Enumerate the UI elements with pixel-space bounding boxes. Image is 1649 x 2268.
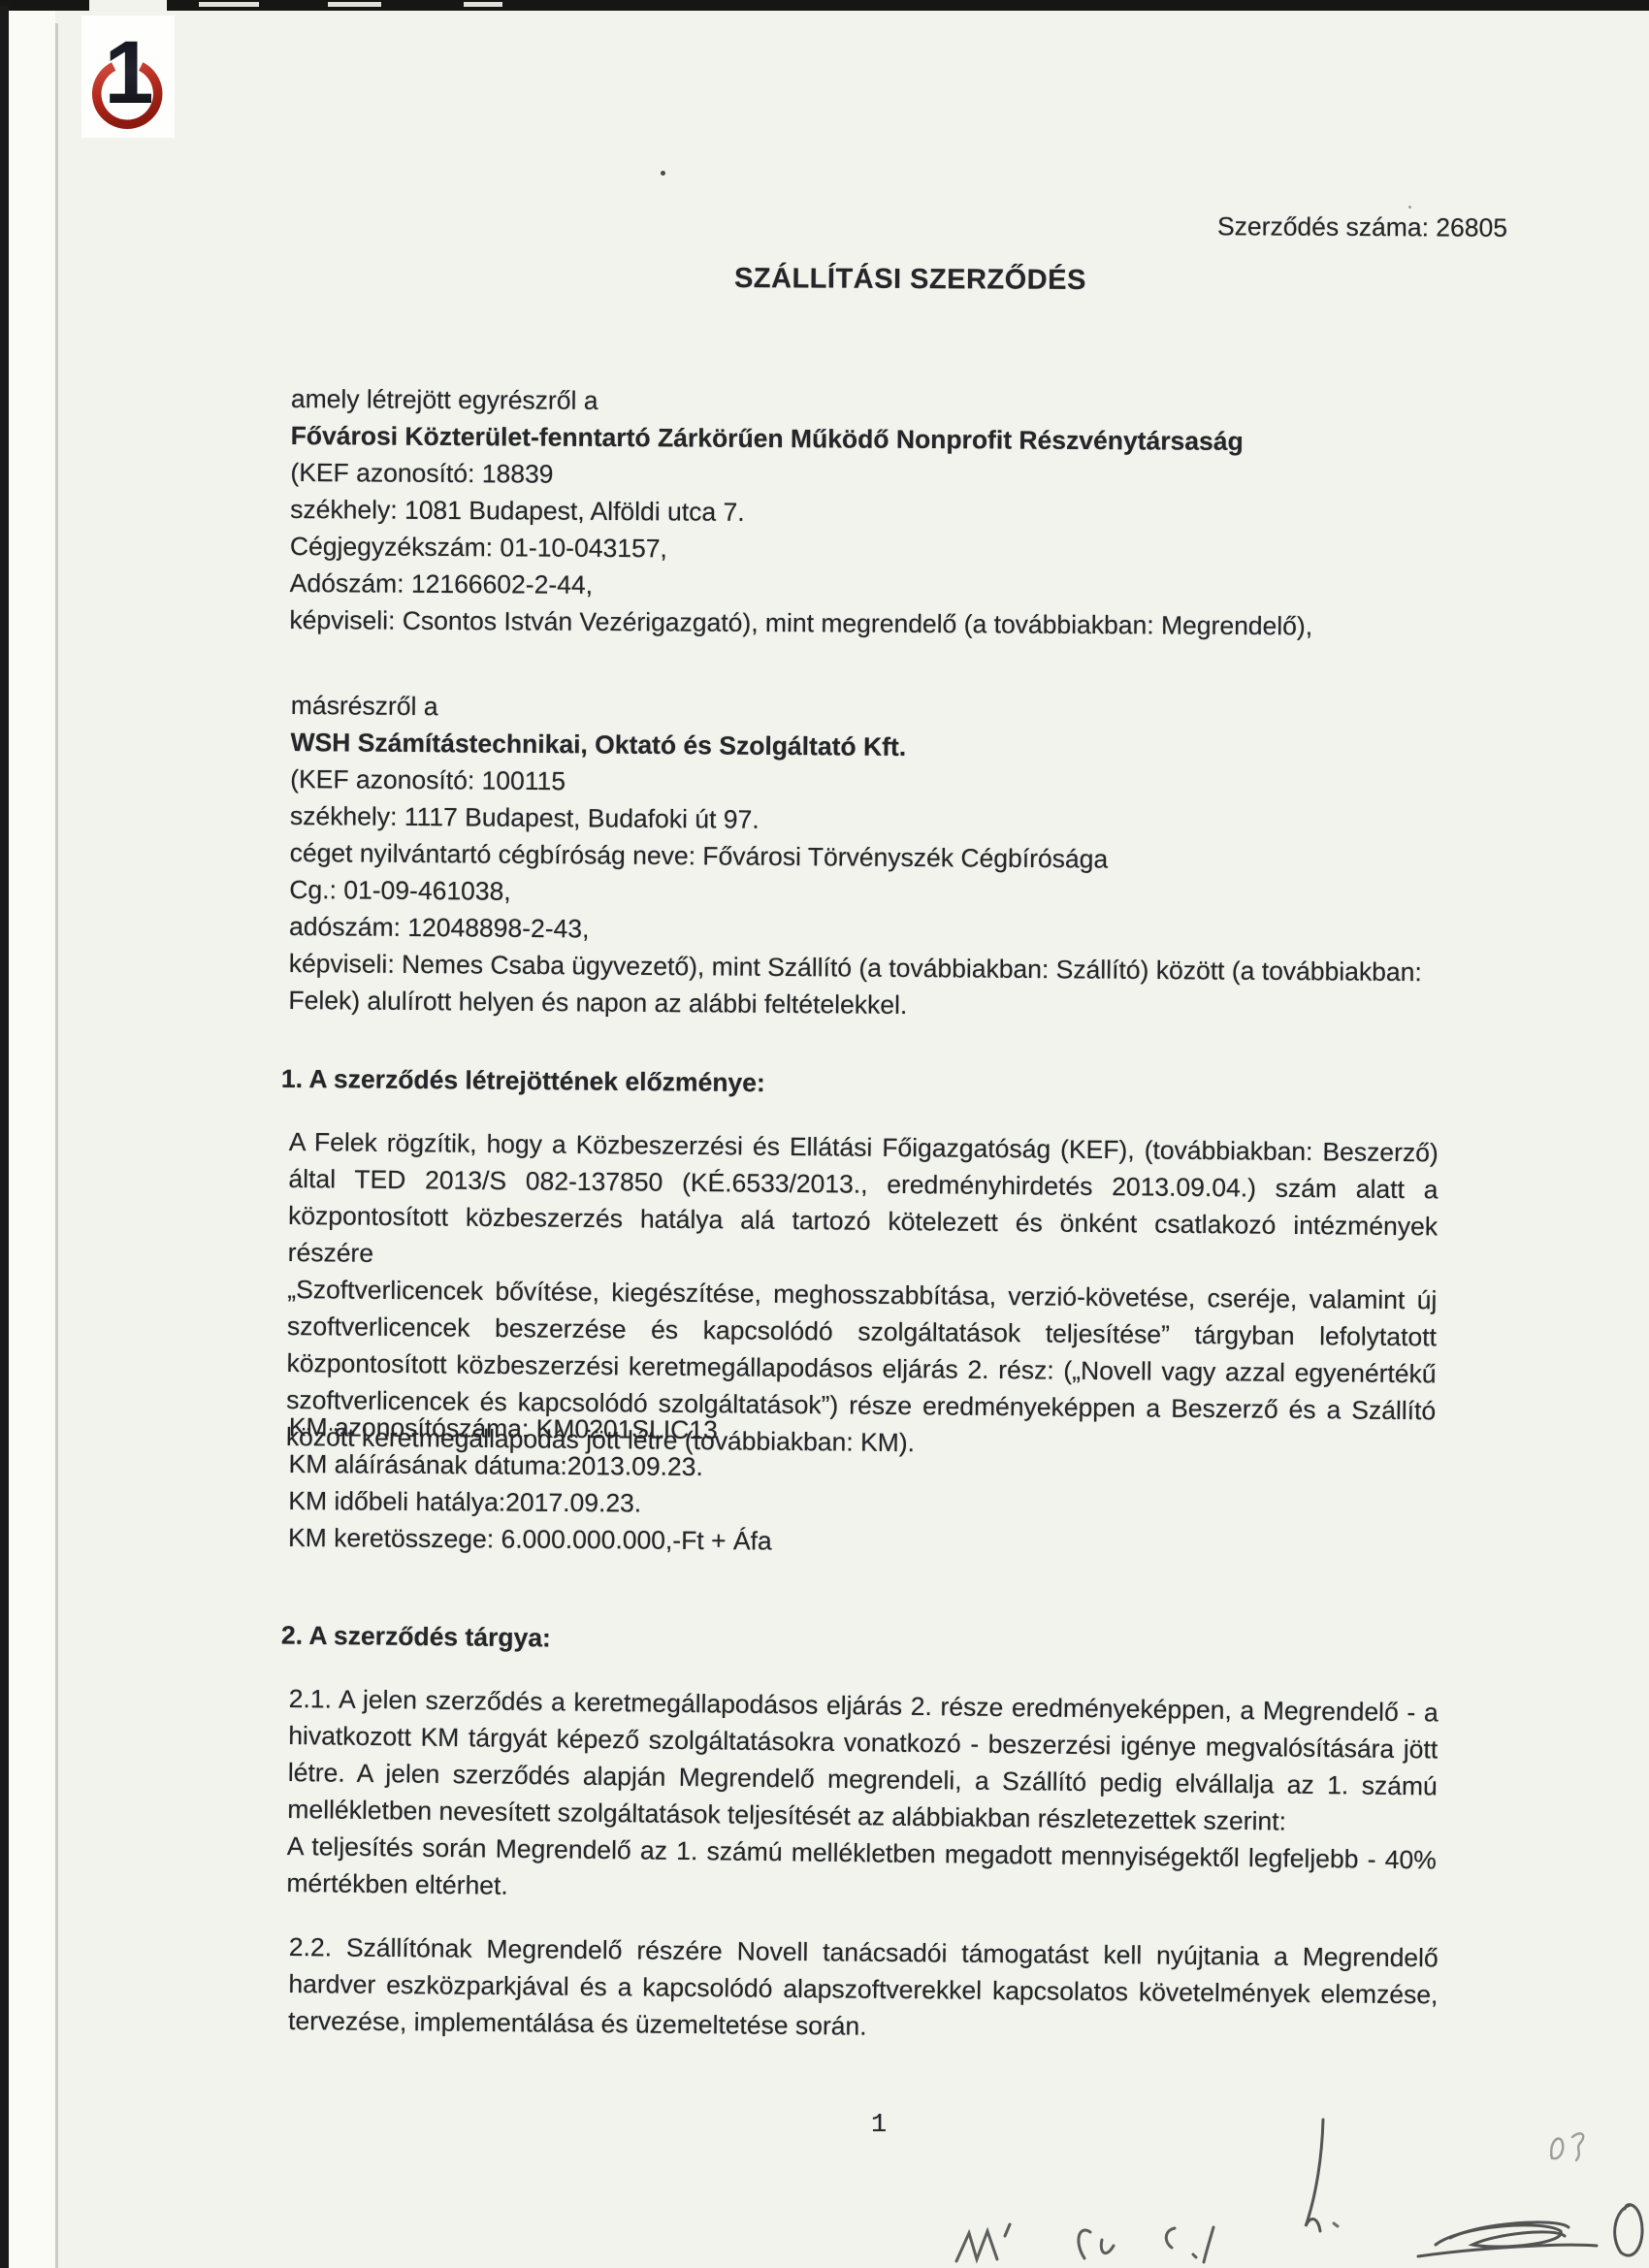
party2-block: másrészről a WSH Számítástechnikai, Okta…: [288, 687, 1424, 1027]
km-validity: KM időbeli hatálya:2017.09.23.: [288, 1482, 772, 1522]
scan-left-edge: [0, 6, 9, 2268]
contract-number: Szerződés száma: 26805: [1217, 208, 1507, 246]
scan-gutter: [9, 11, 55, 2268]
km-budget: KM keretösszege: 6.000.000.000,-Ft + Áfa: [288, 1519, 772, 1559]
svg-text:1: 1: [104, 23, 153, 122]
party1-tax-id: Adószám: 12166602-2-44,: [290, 565, 1313, 607]
party1-block: amely létrejött egyrészről a Fővárosi Kö…: [289, 380, 1313, 644]
party1-kef-id: (KEF azonosító: 18839: [290, 454, 1313, 497]
page-number: 1: [871, 2111, 887, 2140]
party1-name: Fővárosi Közterület-fenntartó Zárkörűen …: [291, 417, 1314, 460]
section2-heading: 2. A szerződés tárgya:: [281, 1617, 551, 1657]
power-1-logo-icon: 1: [81, 16, 175, 138]
scanned-contract-page: 1 Szerződés száma: 26805 SZÁLLÍTÁSI SZER…: [0, 0, 1649, 2268]
party1-address: székhely: 1081 Budapest, Alföldi utca 7.: [290, 491, 1313, 534]
section2-paragraph-2-2: 2.2. Szállítónak Megrendelő részére Nove…: [288, 1928, 1439, 2050]
km-details-block: KM azonosítószáma: KM0201SLIC13 KM aláír…: [288, 1409, 773, 1559]
party1-company-reg: Cégjegyzékszám: 01-10-043157,: [290, 528, 1313, 570]
page-1-power-logo: 1: [81, 16, 175, 138]
scan-top-edge-dash: [464, 2, 502, 7]
paragraph-line: központosított közbeszerzés hatálya alá …: [288, 1197, 1439, 1281]
document-title: SZÁLLÍTÁSI SZERZŐDÉS: [734, 263, 1086, 297]
section2-paragraph-2-1: 2.1. A jelen szerződés a keretmegállapod…: [286, 1680, 1439, 1915]
scan-speck: [661, 171, 665, 176]
signature-scribbles: [921, 2081, 1649, 2268]
km-signing-date: KM aláírásának dátuma:2013.09.23.: [288, 1445, 772, 1485]
party1-representative: képviseli: Csontos István Vezérigazgató)…: [289, 601, 1312, 644]
scan-top-edge-dash: [328, 2, 381, 7]
scan-top-edge-gap: [89, 0, 167, 11]
paper-edge-line: [55, 23, 58, 2268]
scan-top-edge-dash: [199, 2, 259, 7]
section1-heading: 1. A szerződés létrejöttének előzménye:: [281, 1060, 765, 1101]
km-id: KM azonosítószáma: KM0201SLIC13: [289, 1409, 773, 1448]
party1-intro: amely létrejött egyrészről a: [291, 380, 1314, 423]
